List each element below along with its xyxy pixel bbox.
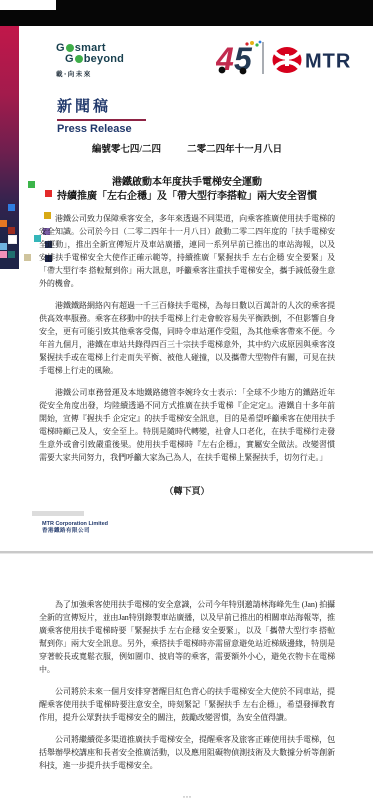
paragraph: 港鐵公司致力保障乘客安全，多年來透過不同渠道，向乘客推廣使用扶手電梯的安全知識。… [39,212,335,290]
paragraph: 為了加強乘客使用扶手電梯的安全意識，公司今年特別邀請林海峰先生 (Jan) 拍攝… [39,598,335,676]
press-release-document: Gsmart Gbeyond 載‧向未來 4 5 MTR 新聞稿 Press R… [0,0,373,800]
footer-placeholder-bar [32,511,84,516]
document-title: 港鐵啟動本年度扶手電梯安全運動 持續推廣「左右企穩」及「帶大型行李搭𨋢」兩大安全… [39,176,335,204]
paragraph: 公司將繼續從多渠道推廣扶手電梯安全，提醒乘客及旅客正確使用扶手電梯，包括舉辦學校… [39,733,335,772]
45th-anniversary-logo-icon: 4 5 [216,39,262,77]
green-dot-icon [66,44,74,52]
gosmart-line2: Gbeyond [65,54,124,65]
mtr-wordmark: MTR [305,51,350,73]
press-release-heading-en: Press Release [57,123,132,135]
heading-underline [57,119,146,121]
press-release-heading-zh: 新聞稿 [57,95,111,116]
page-bottom-mark-partial: ··· [39,792,335,800]
page1-body: 港鐵公司致力保障乘客安全，多年來透過不同渠道，向乘客推廣使用扶手電梯的安全知識。… [39,212,335,464]
gosmart-tagline: 載‧向未來 [56,69,124,80]
footer-company-name-en: MTR Corporation Limited [42,521,108,527]
top-left-white-notch [0,0,56,10]
gosmart-gobeyond-logo: Gsmart Gbeyond 載‧向未來 [56,43,124,80]
page-break-divider [0,551,373,554]
paragraph: 港鐵鐵路網絡內有超過一千三百條扶手電梯，為每日數以百萬計的人次的乘客提供高效率服… [39,299,335,377]
mtr-logo: MTR [272,45,350,75]
title-line-2: 持續推廣「左右企穩」及「帶大型行李搭𨋢」兩大安全習慣 [39,190,335,204]
ref-and-date-row: 編號零七四/二四 二零二四年十一月八日 [39,141,335,155]
continued-on-next-page-note: （轉下頁） [39,484,335,497]
paragraph: 公司將於未來一個月安排穿著醒目紅色背心的扶手電梯安全大使於不同車站，提醒乘客使用… [39,685,335,724]
header-vertical-divider [262,42,264,74]
paragraph: 港鐵公司車務營運及本地鐵路總管李婉玲女士表示：「全球不少地方的鐵路近年從安全角度… [39,386,335,464]
release-date: 二零二四年十一月八日 [187,141,282,155]
title-line-1: 港鐵啟動本年度扶手電梯安全運動 [39,176,335,190]
green-dot-icon [75,55,83,63]
footer-company-name-zh: 香港鐵路有限公司 [42,528,90,534]
page2-body: 為了加強乘客使用扶手電梯的安全意識，公司今年特別邀請林海峰先生 (Jan) 拍攝… [39,598,335,772]
reference-number: 編號零七四/二四 [92,141,161,155]
